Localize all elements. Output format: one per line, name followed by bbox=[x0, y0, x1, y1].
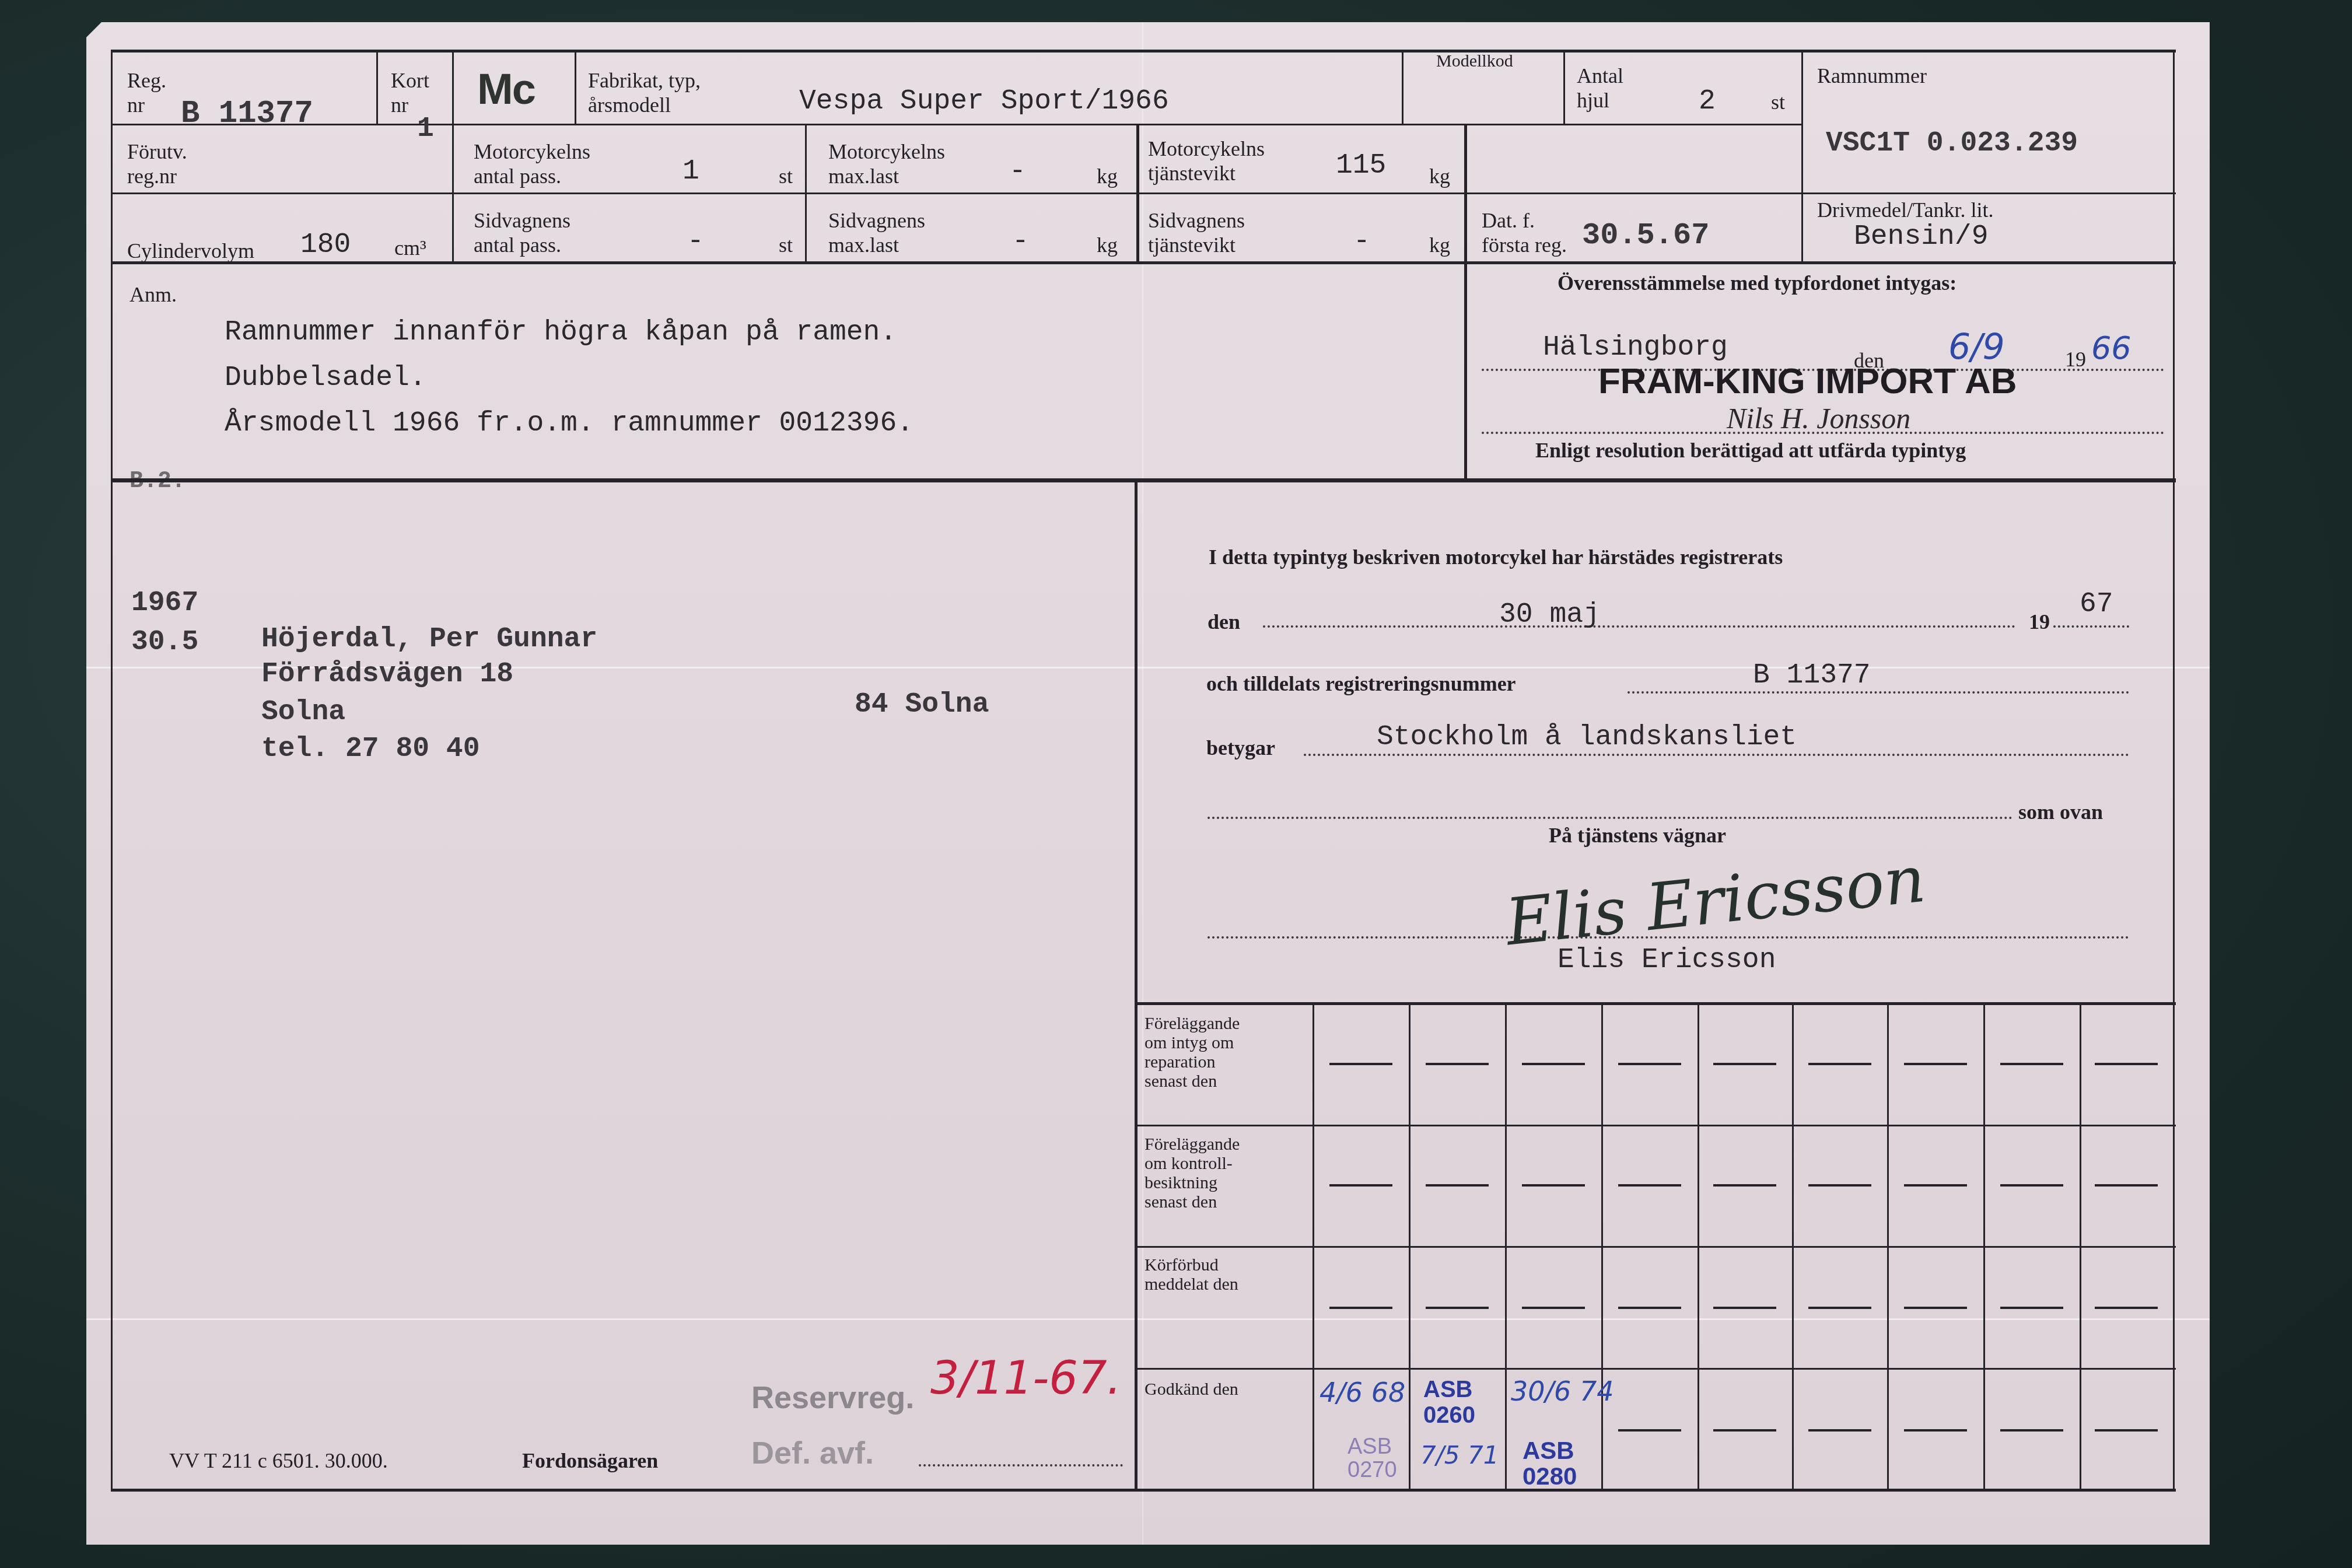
grid-col bbox=[1983, 1003, 1985, 1489]
grid-cell-blank-mark bbox=[1426, 1307, 1489, 1309]
wheels-label: Antal bbox=[1577, 64, 1623, 87]
registration-intro: I detta typintyg beskriven motorcykel ha… bbox=[1209, 545, 1783, 569]
sc-passengers-label-2: antal pass. bbox=[474, 233, 561, 257]
grid-cell-blank-mark bbox=[1808, 1429, 1871, 1431]
grid-col bbox=[1505, 1003, 1507, 1489]
grid-cell-blank-mark bbox=[1329, 1063, 1392, 1065]
approved-stamp-1: ASB 0270 bbox=[1347, 1435, 1406, 1482]
grid-cell-blank-mark bbox=[1904, 1063, 1967, 1065]
vehicle-class-badge: Mc bbox=[477, 64, 535, 114]
owner-phone: tel. 27 80 40 bbox=[261, 734, 480, 764]
mc-passengers-label: Motorcykelns bbox=[474, 140, 590, 163]
betygar-label: betygar bbox=[1206, 736, 1275, 759]
mc-passengers-label-2: antal pass. bbox=[474, 164, 561, 188]
grid-cell-blank-mark bbox=[1904, 1429, 1967, 1431]
mc-maxload-value: - bbox=[1009, 156, 1026, 187]
deregistered-label: Def. avf. bbox=[751, 1435, 874, 1471]
regnum-label: och tilldelats registreringsnummer bbox=[1206, 672, 1516, 695]
remark-line-2: Dubbelsadel. bbox=[225, 363, 426, 393]
company-stamp: FRAM-KING IMPORT AB bbox=[1598, 360, 2017, 402]
col-divider bbox=[1563, 50, 1565, 124]
conformity-year-prefix: 19 bbox=[2065, 348, 2086, 371]
col-divider bbox=[1135, 481, 1137, 1489]
approved-stamp-2: ASB 0260 bbox=[1423, 1377, 1487, 1428]
dotted-line bbox=[2053, 625, 2129, 628]
cylinder-label: Cylindervolym bbox=[127, 239, 254, 262]
registration-year-prefix: 19 bbox=[2029, 610, 2050, 633]
grid-cell-blank-mark bbox=[2095, 1307, 2158, 1309]
owner-street: Förrådsvägen 18 bbox=[261, 659, 513, 689]
owner-name: Höjerdal, Per Gunnar bbox=[261, 624, 597, 654]
regnum-value: B 11377 bbox=[1753, 660, 1871, 691]
grid-col bbox=[2080, 1003, 2081, 1489]
signatory-name: Nils H. Jonsson bbox=[1727, 401, 1910, 435]
paper-fold-vertical bbox=[1142, 22, 1143, 1545]
frame-number-label: Ramnummer bbox=[1817, 64, 1927, 87]
form-right-border bbox=[2173, 50, 2175, 1490]
kort-nr-label: Kort bbox=[391, 69, 429, 92]
grid-cell-blank-mark bbox=[2000, 1307, 2063, 1309]
prev-reg-label-2: reg.nr bbox=[127, 164, 177, 188]
sc-weight-value: - bbox=[1353, 226, 1370, 257]
owner-copy-label: Fordonsägaren bbox=[522, 1449, 658, 1472]
grid-cell-blank-mark bbox=[1904, 1184, 1967, 1186]
grid-row-label-inspection: Föreläggande om kontroll- besiktning sen… bbox=[1144, 1135, 1240, 1212]
row-divider bbox=[111, 261, 2176, 264]
col-divider bbox=[1801, 50, 1803, 261]
grid-cell-blank-mark bbox=[2095, 1063, 2158, 1065]
dotted-line bbox=[1207, 817, 2013, 819]
first-reg-label: Dat. f. bbox=[1482, 209, 1535, 232]
sc-passengers-unit: st bbox=[779, 233, 793, 257]
approved-stamp-3: ASB 0280 bbox=[1522, 1438, 1587, 1489]
grid-cell-blank-mark bbox=[1808, 1063, 1871, 1065]
registration-year: 67 bbox=[2080, 589, 2113, 619]
reg-nr-label-2: nr bbox=[127, 93, 145, 117]
registration-den-label: den bbox=[1207, 610, 1240, 633]
grid-cell-blank-mark bbox=[2095, 1184, 2158, 1186]
owner-district: 84 Solna bbox=[855, 689, 989, 720]
reg-nr-label: Reg. bbox=[127, 69, 166, 92]
cylinder-unit: cm³ bbox=[394, 236, 426, 260]
grid-cell-blank-mark bbox=[1618, 1307, 1681, 1309]
section-divider bbox=[111, 478, 2176, 482]
col-divider bbox=[1464, 124, 1467, 261]
grid-row-divider bbox=[1135, 1125, 2176, 1126]
grid-cell-blank-mark bbox=[1426, 1184, 1489, 1186]
mc-weight-label-2: tjänstevikt bbox=[1148, 162, 1235, 185]
grid-row-divider bbox=[1135, 1246, 2176, 1248]
make-label: Fabrikat, typ, bbox=[588, 69, 701, 92]
col-divider bbox=[1402, 50, 1403, 124]
make-value: Vespa Super Sport/1966 bbox=[799, 86, 1169, 117]
remarks-label: Anm. bbox=[129, 283, 177, 306]
kort-nr-label-2: nr bbox=[391, 93, 408, 117]
reg-nr-value: B 11377 bbox=[181, 99, 313, 129]
conformity-title: Överensstämmelse med typfordonet intygas… bbox=[1557, 271, 1957, 295]
approved-date-2: 7/5 71 bbox=[1420, 1441, 1499, 1469]
mc-maxload-label-2: max.last bbox=[828, 164, 899, 188]
grid-cell-blank-mark bbox=[1329, 1184, 1392, 1186]
dotted-line bbox=[1263, 625, 2015, 628]
sc-maxload-value: - bbox=[1012, 226, 1029, 257]
grid-cell-blank-mark bbox=[1808, 1307, 1871, 1309]
grid-cell-blank-mark bbox=[2000, 1429, 2063, 1431]
grid-col bbox=[1312, 1003, 1314, 1489]
reserve-reg-label: Reservreg. bbox=[751, 1380, 914, 1416]
fuel-value: Bensin/9 bbox=[1854, 222, 1988, 252]
dotted-line bbox=[919, 1464, 1123, 1466]
grid-cell-blank-mark bbox=[1426, 1063, 1489, 1065]
conformity-place: Hälsingborg bbox=[1543, 332, 1728, 363]
col-divider bbox=[1464, 261, 1467, 478]
grid-cell-blank-mark bbox=[1713, 1429, 1776, 1431]
grid-cell-blank-mark bbox=[2095, 1429, 2158, 1431]
kort-nr-value: 1 bbox=[417, 114, 434, 144]
som-ovan-label: som ovan bbox=[2018, 800, 2103, 824]
sc-passengers-value: - bbox=[687, 226, 704, 257]
prev-reg-label: Förutv. bbox=[127, 140, 187, 163]
make-label-2: årsmodell bbox=[588, 93, 671, 117]
betygar-value: Stockholm å landskansliet bbox=[1377, 722, 1797, 752]
sc-maxload-unit: kg bbox=[1097, 233, 1118, 257]
fuel-label: Drivmedel/Tankr. lit. bbox=[1817, 198, 1993, 222]
conformity-footer: Enligt resolution berättigad att utfärda… bbox=[1535, 439, 1966, 462]
grid-col bbox=[1887, 1003, 1889, 1489]
mc-weight-label: Motorcykelns bbox=[1148, 137, 1265, 160]
grid-cell-blank-mark bbox=[1713, 1307, 1776, 1309]
grid-row-label-approved: Godkänd den bbox=[1144, 1380, 1238, 1399]
col-divider bbox=[1136, 124, 1139, 261]
approved-date-1: 4/6 68 bbox=[1319, 1377, 1405, 1408]
on-behalf-label: På tjänstens vägnar bbox=[1549, 824, 1726, 847]
grid-cell-blank-mark bbox=[1904, 1307, 1967, 1309]
model-code-label: Modellkod bbox=[1436, 51, 1513, 71]
grid-cell-blank-mark bbox=[1522, 1184, 1585, 1186]
mc-passengers-value: 1 bbox=[682, 156, 699, 187]
row-divider bbox=[111, 124, 1803, 125]
grid-cell-blank-mark bbox=[1713, 1184, 1776, 1186]
mc-maxload-label: Motorcykelns bbox=[828, 140, 945, 163]
sc-weight-unit: kg bbox=[1429, 233, 1450, 257]
col-divider bbox=[376, 50, 378, 124]
first-reg-value: 30.5.67 bbox=[1582, 220, 1709, 251]
mc-passengers-unit: st bbox=[779, 164, 793, 188]
dotted-line bbox=[1627, 691, 2129, 694]
grid-top bbox=[1135, 1002, 2176, 1005]
grid-col bbox=[1697, 1003, 1699, 1489]
approved-date-3: 30/6 74 bbox=[1511, 1375, 1613, 1407]
dotted-line bbox=[1304, 754, 2129, 756]
sc-maxload-label-2: max.last bbox=[828, 233, 899, 257]
grid-cell-blank-mark bbox=[1713, 1063, 1776, 1065]
wheels-label-2: hjul bbox=[1577, 89, 1609, 112]
col-divider bbox=[452, 50, 454, 261]
grid-row-label-repair: Föreläggande om intyg om reparation sena… bbox=[1144, 1014, 1240, 1091]
grid-cell-blank-mark bbox=[1618, 1063, 1681, 1065]
owner-date: 30.5 bbox=[131, 627, 198, 657]
grid-cell-blank-mark bbox=[1808, 1184, 1871, 1186]
form-code: VV T 211 c 6501. 30.000. bbox=[169, 1449, 388, 1472]
grid-cell-blank-mark bbox=[1618, 1429, 1681, 1431]
cylinder-value: 180 bbox=[300, 230, 351, 260]
grid-row-divider bbox=[1135, 1368, 2176, 1370]
grid-cell-blank-mark bbox=[1522, 1063, 1585, 1065]
grid-cell-blank-mark bbox=[2000, 1063, 2063, 1065]
registration-date: 30 maj bbox=[1499, 600, 1600, 630]
dotted-line bbox=[1482, 432, 2164, 434]
wheels-unit: st bbox=[1771, 90, 1785, 114]
grid-col bbox=[1409, 1003, 1410, 1489]
grid-col bbox=[1792, 1003, 1794, 1489]
remark-line-1: Ramnummer innanför högra kåpan på ramen. bbox=[225, 317, 897, 348]
official-name: Elis Ericsson bbox=[1557, 945, 1776, 975]
sc-weight-label: Sidvagnens bbox=[1148, 209, 1245, 232]
mc-weight-value: 115 bbox=[1336, 150, 1386, 181]
grid-row-label-driving-ban: Körförbud meddelat den bbox=[1144, 1255, 1238, 1294]
mc-maxload-unit: kg bbox=[1097, 164, 1118, 188]
sc-passengers-label: Sidvagnens bbox=[474, 209, 570, 232]
grid-cell-blank-mark bbox=[2000, 1184, 2063, 1186]
sc-weight-label-2: tjänstevikt bbox=[1148, 233, 1235, 257]
frame-number-value: VSC1T 0.023.239 bbox=[1826, 128, 2078, 159]
col-divider bbox=[575, 50, 576, 124]
col-divider bbox=[805, 124, 807, 261]
grid-col bbox=[1601, 1003, 1603, 1489]
reserve-reg-value: 3/11-67. bbox=[930, 1352, 1121, 1405]
wheels-value: 2 bbox=[1699, 86, 1716, 117]
grid-cell-blank-mark bbox=[1329, 1307, 1392, 1309]
mc-weight-unit: kg bbox=[1429, 164, 1450, 188]
remark-line-3: Årsmodell 1966 fr.o.m. ramnummer 0012396… bbox=[225, 408, 914, 439]
grid-cell-blank-mark bbox=[1522, 1307, 1585, 1309]
first-reg-label-2: första reg. bbox=[1482, 233, 1567, 257]
sc-maxload-label: Sidvagnens bbox=[828, 209, 925, 232]
form-bottom-border bbox=[111, 1489, 2176, 1492]
paper-fold-horizontal-lower bbox=[86, 1318, 2210, 1320]
owner-city: Solna bbox=[261, 697, 345, 727]
form-top-border bbox=[111, 50, 2176, 52]
owner-year: 1967 bbox=[131, 588, 198, 618]
form-left-border bbox=[111, 50, 113, 1490]
grid-cell-blank-mark bbox=[1618, 1184, 1681, 1186]
row-divider bbox=[111, 192, 2176, 194]
conformity-year-handwritten: 66 bbox=[2091, 330, 2131, 366]
